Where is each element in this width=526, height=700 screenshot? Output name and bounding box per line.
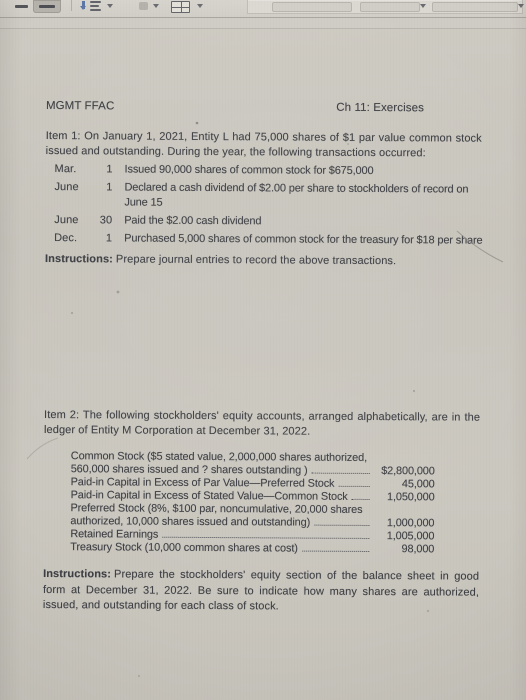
item2-instructions: Instructions:Prepare the stockholders' e… (43, 567, 479, 616)
table-icon[interactable] (171, 1, 190, 13)
txn-desc-line: Paid the $2.00 cash dividend (124, 213, 481, 230)
txn-month: June (54, 180, 96, 210)
transaction-row: Dec. 1 Purchased 5,000 shares of common … (54, 231, 481, 249)
item1-instructions: Instructions:Prepare journal entries to … (45, 252, 481, 270)
account-amount: 98,000 (372, 543, 434, 556)
account-entry: Treasury Stock (10,000 common shares at … (70, 541, 434, 556)
dot-leader (338, 485, 369, 486)
dot-leader (352, 499, 370, 500)
txn-day: 1 (96, 180, 112, 210)
instructions-text: Prepare journal entries to record the ab… (116, 253, 396, 267)
dropdown-caret-icon[interactable] (107, 4, 113, 8)
course-title: MGMT FFAC (46, 100, 114, 112)
dropdown-caret-icon[interactable] (197, 4, 203, 8)
txn-month: Mar. (55, 162, 97, 177)
txn-day: 30 (96, 213, 112, 228)
document-header: MGMT FFAC Ch 11: Exercises (46, 100, 482, 115)
txn-desc-line: June 15 (124, 195, 481, 212)
item2-intro: Item 2: The following stockholders' equi… (44, 407, 480, 440)
list-toggle-button[interactable] (33, 0, 61, 13)
brush-icon[interactable] (139, 2, 148, 10)
dot-leader (314, 525, 369, 526)
toolbar-lower-strip (0, 18, 526, 29)
document-page: MGMT FFAC Ch 11: Exercises Item 1: On Ja… (0, 29, 526, 700)
account-amount: $2,800,000 (373, 465, 435, 478)
toolbar-right-panel (247, 0, 523, 14)
txn-desc: Declared a cash dividend of $2.00 per sh… (112, 180, 481, 212)
account-amount: 1,005,000 (372, 530, 434, 543)
style-dropdown[interactable] (272, 2, 352, 12)
font-dropdown[interactable] (360, 2, 420, 12)
txn-desc-line: Issued 90,000 shares of common stock for… (125, 162, 482, 179)
dropdown-caret-icon[interactable] (153, 4, 159, 8)
chapter-title: Ch 11: Exercises (336, 102, 424, 115)
line-glyph (90, 9, 101, 11)
txn-desc: Issued 90,000 shares of common stock for… (113, 162, 482, 179)
account-entry: Preferred Stock (8%, $100 par, noncumula… (70, 502, 434, 530)
line-glyph (90, 1, 101, 3)
account-amount: 45,000 (373, 478, 435, 491)
equity-account-list: Common Stock ($5 stated value, 2,000,000… (70, 450, 435, 557)
txn-desc-line: Declared a cash dividend of $2.00 per sh… (124, 180, 481, 197)
txn-desc: Paid the $2.00 cash dividend (112, 213, 481, 230)
txn-desc: Purchased 5,000 shares of common stock f… (112, 231, 482, 248)
txn-day: 1 (97, 162, 113, 177)
txn-month: Dec. (54, 231, 96, 246)
dash-icon (39, 5, 55, 8)
instructions-label: Instructions: (45, 253, 113, 265)
account-amount: 1,000,000 (372, 517, 434, 530)
dropdown-caret-icon[interactable] (518, 4, 524, 8)
sort-lines-icon[interactable] (82, 0, 102, 11)
app-toolbar (0, 0, 526, 18)
down-arrow-icon (82, 1, 85, 9)
line-glyph (90, 5, 99, 7)
instructions-label: Instructions: (43, 568, 111, 580)
account-line: Retained Earnings (70, 528, 158, 542)
txn-day: 1 (96, 231, 112, 246)
transaction-list: Mar. 1 Issued 90,000 shares of common st… (54, 162, 482, 249)
item1-intro: Item 1: On January 1, 2021, Entity L had… (46, 129, 482, 162)
transaction-row: June 1 Declared a cash dividend of $2.00… (54, 180, 481, 213)
account-amount: 1,050,000 (373, 491, 435, 504)
size-dropdown[interactable] (432, 2, 518, 12)
document-content: MGMT FFAC Ch 11: Exercises Item 1: On Ja… (43, 100, 482, 627)
dot-leader (302, 551, 369, 552)
dropdown-caret-icon[interactable] (420, 4, 426, 8)
toolbar-divider (71, 0, 72, 11)
dash-icon[interactable] (15, 5, 28, 8)
account-line: Treasury Stock (10,000 common shares at … (70, 541, 298, 555)
transaction-row: June 30 Paid the $2.00 cash dividend (54, 213, 481, 231)
transaction-row: Mar. 1 Issued 90,000 shares of common st… (55, 162, 482, 180)
txn-desc-line: Purchased 5,000 shares of common stock f… (124, 231, 482, 248)
account-entry: Common Stock ($5 stated value, 2,000,000… (71, 450, 435, 478)
txn-month: June (54, 213, 96, 228)
dot-leader (312, 472, 370, 473)
dot-leader (162, 537, 369, 539)
